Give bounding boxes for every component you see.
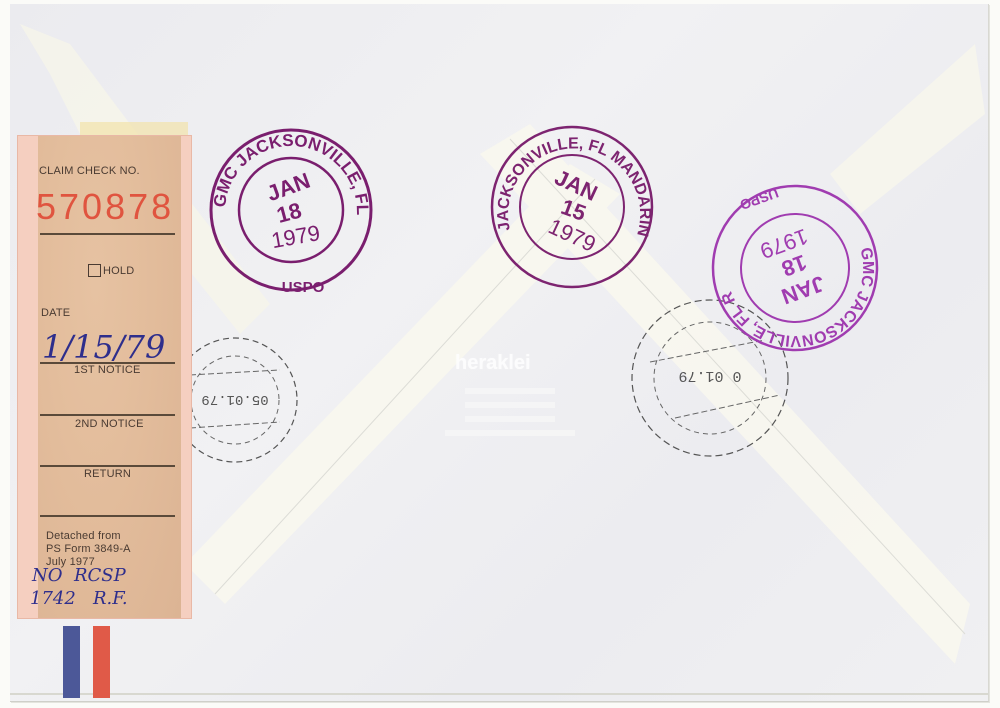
sender-imprint-lines (445, 382, 575, 444)
footer-line-1: Detached from (46, 530, 121, 542)
svg-text:0 01.79: 0 01.79 (678, 367, 741, 384)
airmail-stripe-blue (63, 626, 80, 698)
postmark-registry-div-1: GMC JACKSONVILLE, FL REGISTRY DIV. USPO … (205, 122, 375, 300)
claim-number: 570878 (36, 186, 174, 228)
date-label: DATE (41, 307, 70, 319)
svg-text:USPO: USPO (738, 185, 781, 214)
sender-imprint: heraklei (455, 352, 531, 375)
postmark-mandarin-station: JACKSONVILLE, FL MANDARIN STATION JAN 15… (485, 120, 660, 298)
divider (40, 233, 175, 235)
postmark-registry-div-2: GMC JACKSONVILLE, FL REGISTRY DIV. USPO … (705, 178, 885, 358)
svg-text:05.01.79: 05.01.79 (201, 391, 268, 407)
footer-line-2: PS Form 3849-A (46, 543, 131, 555)
date-handwritten: 1/15/79 (42, 328, 165, 366)
second-notice-label: 2ND NOTICE (75, 418, 144, 430)
handwritten-note-1: NO RCSP (32, 565, 126, 586)
divider (40, 465, 175, 467)
scan-background: heraklei 05.01.79 0 01.79 GMC JACKSONVIL… (0, 0, 1000, 708)
airmail-stripe-red (93, 626, 110, 698)
first-notice-label: 1ST NOTICE (74, 364, 141, 376)
return-label: RETURN (84, 468, 131, 480)
svg-text:USPO: USPO (282, 279, 325, 296)
svg-text:1979: 1979 (269, 220, 322, 253)
divider (40, 414, 175, 416)
divider (40, 515, 175, 517)
hold-label: HOLD (103, 265, 134, 277)
handwritten-note-2: 1742 R.F. (30, 588, 128, 609)
claim-check-title: CLAIM CHECK NO. (39, 165, 140, 177)
hold-checkbox (88, 264, 101, 277)
